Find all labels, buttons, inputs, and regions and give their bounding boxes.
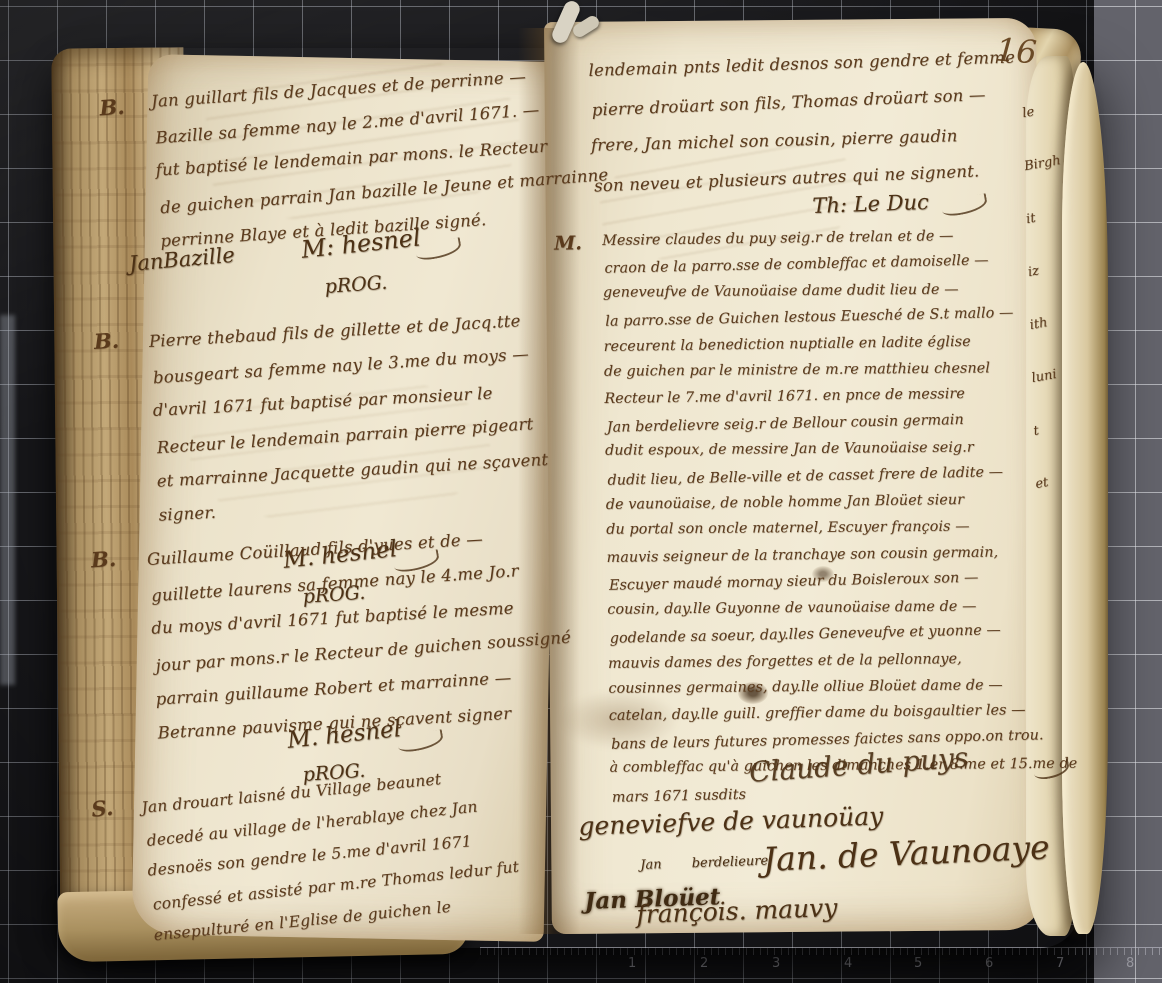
entry-type-letter: S. [90,795,114,822]
entry-type-letter: B. [90,546,117,572]
entry-type-letter: B. [99,94,126,121]
text-line: du portal son oncle maternel, Escuyer fr… [606,513,1074,543]
entry-text: lendemain pnts ledit desnos son gendre e… [588,39,1019,204]
entry-type-letter: M. [554,232,582,254]
marriage-entry: M. Messire claudes du puy seig.r de trel… [602,221,1078,808]
text-line: cousinnes germaines, day.lle olliue Bloü… [608,672,1076,702]
entry-text: Pierre thebaud fils de gillette et de Ja… [148,302,551,534]
baptism-entry: B. Pierre thebaud fils de gillette et de… [148,302,551,534]
entry-text: Messire claudes du puy seig.r de trelan … [602,221,1078,808]
signature: pROG. [324,272,388,298]
text-line: Birgh [1023,152,1074,211]
baptism-entry: B. Guillaume Coüillaud fils d'yues et de… [146,517,574,752]
signature: Th: Le Duc [812,190,929,218]
burial-entry-continuation: lendemain pnts ledit desnos son gendre e… [588,39,1019,204]
entry-text: Guillaume Coüillaud fils d'yues et de —g… [146,517,574,752]
text-line: le [1021,99,1072,158]
photo-scene: 1 2 3 4 5 6 7 8 leBirghitizithlunitet 16… [0,0,1162,983]
manuscript-book: leBirghitizithlunitet 16 B. Jan guillart… [0,0,1162,983]
text-line: de guichen par le ministre de m.re matth… [604,355,1072,385]
entry-type-letter: B. [93,328,119,354]
